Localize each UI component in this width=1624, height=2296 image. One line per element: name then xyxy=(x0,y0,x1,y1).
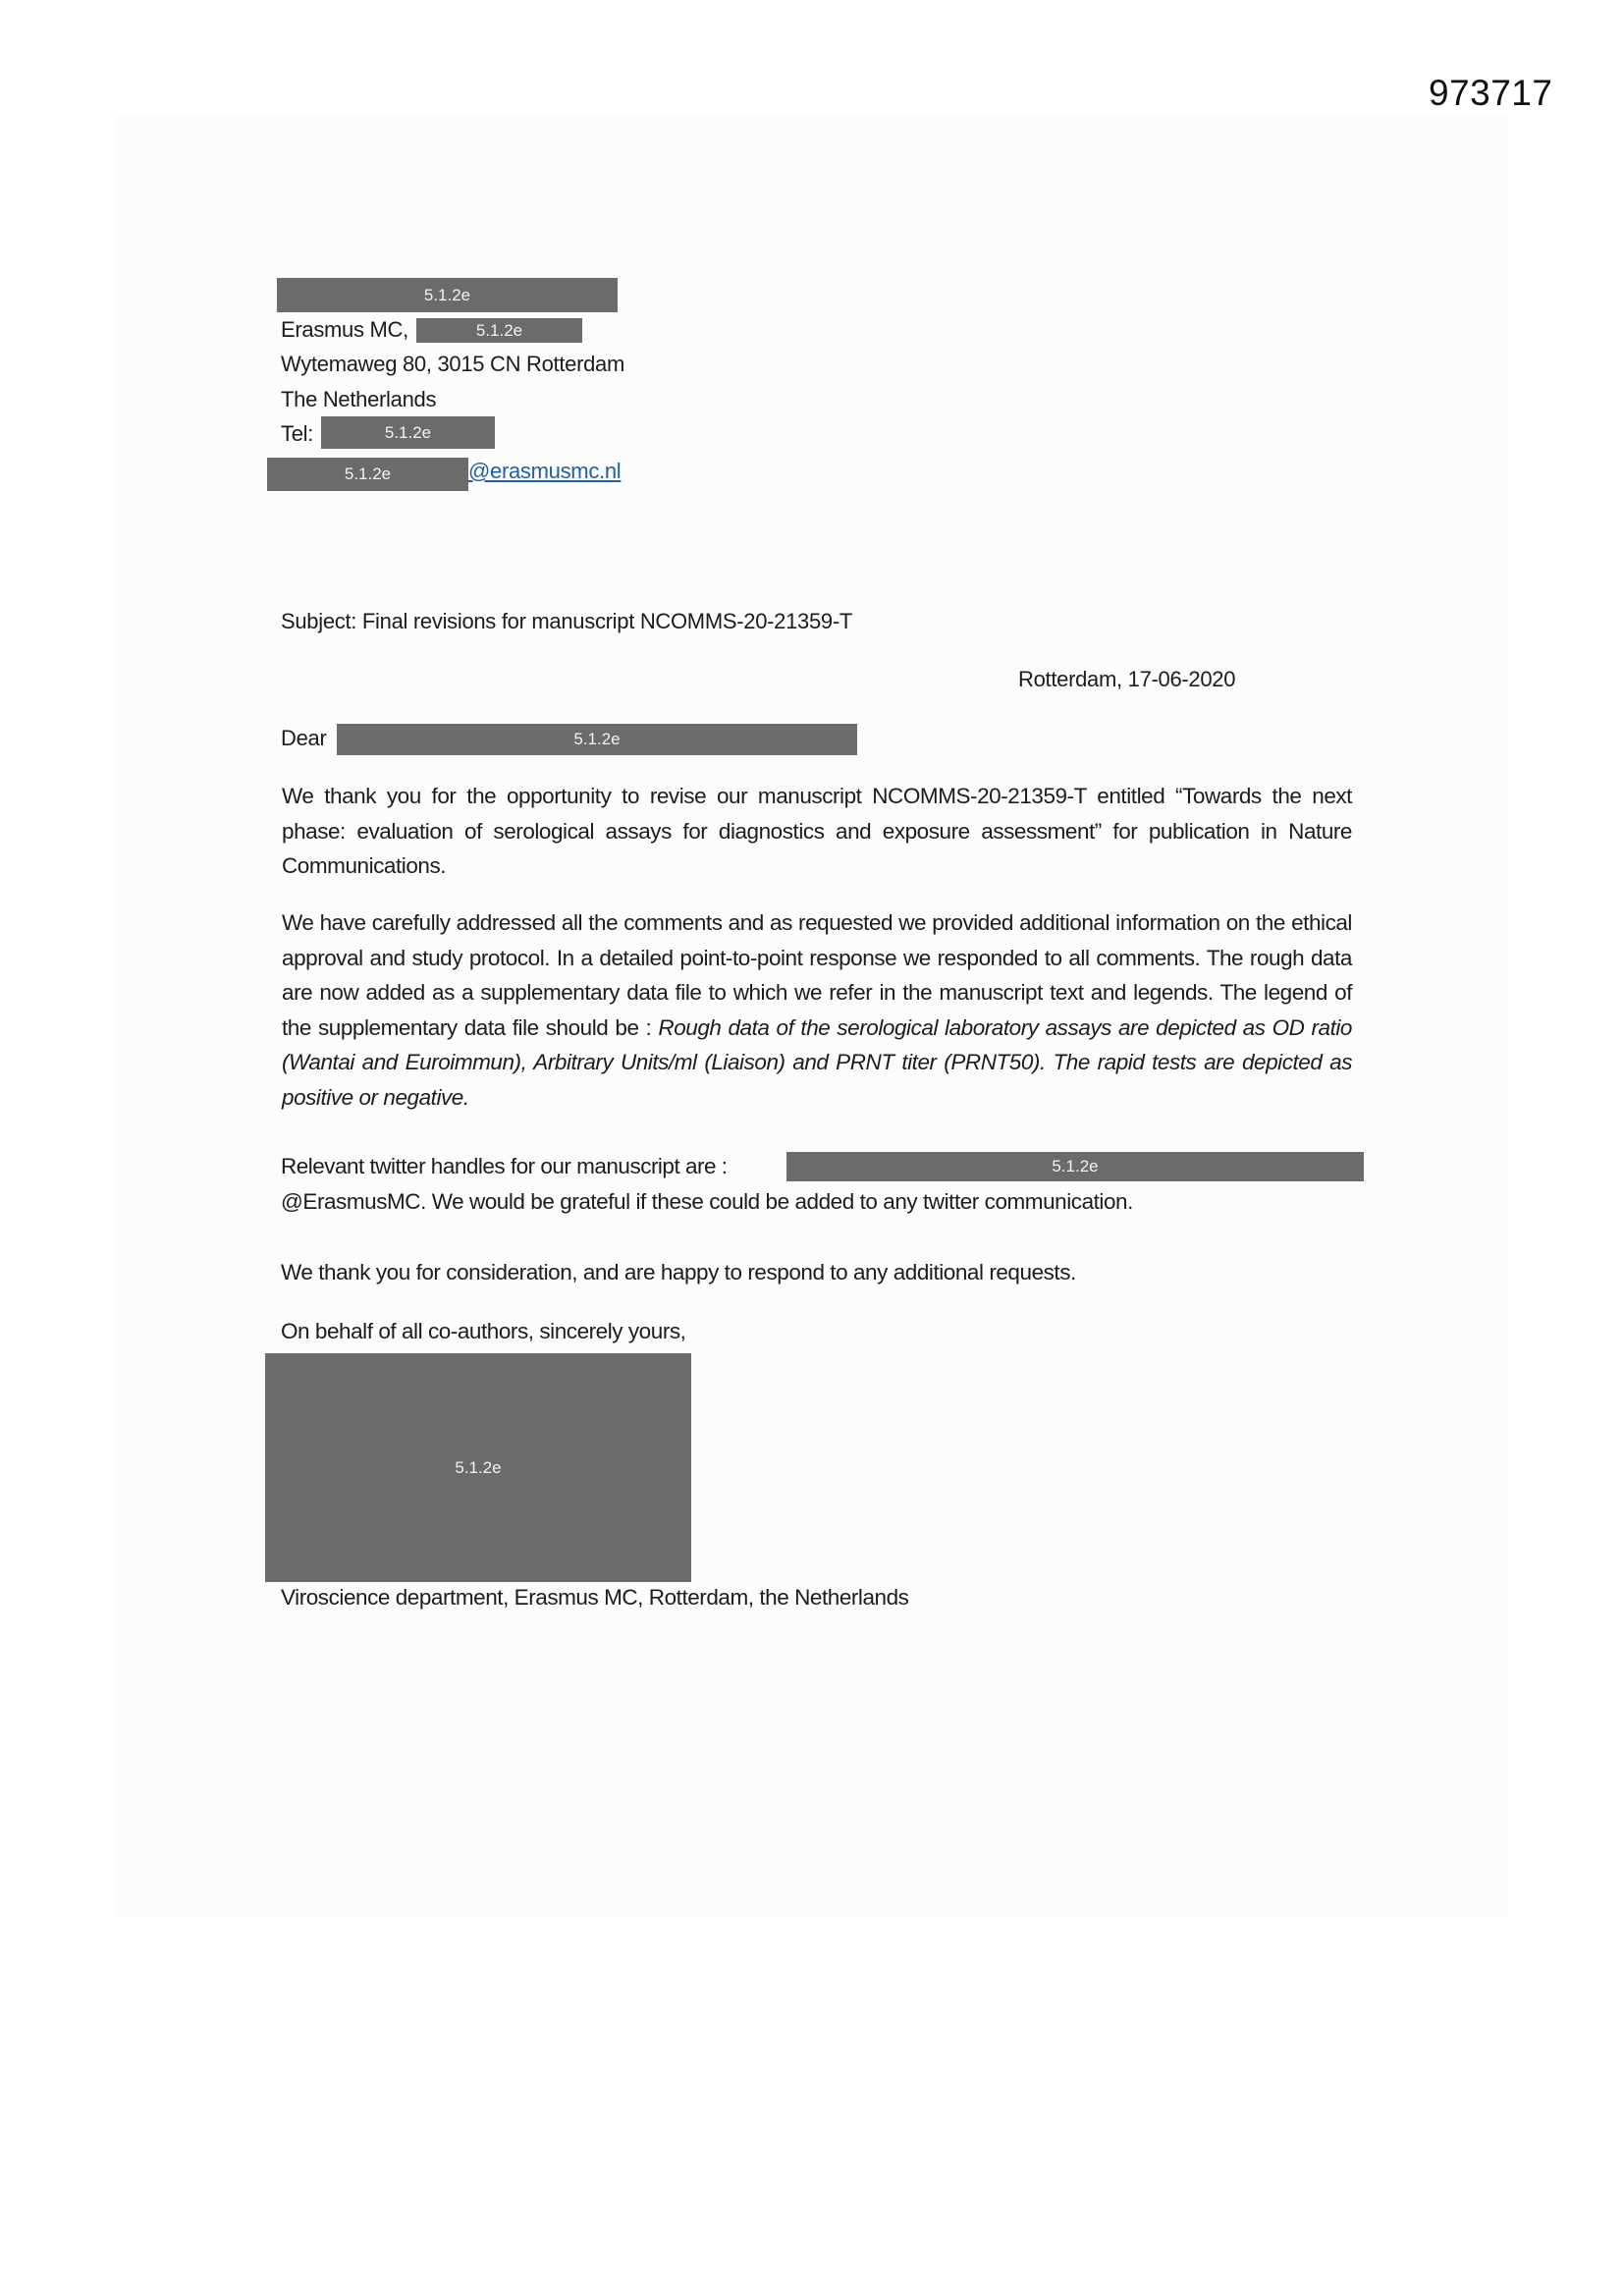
closing-line: On behalf of all co-authors, sincerely y… xyxy=(281,1319,685,1344)
redaction-code: 5.1.2e xyxy=(476,321,522,341)
redaction-code: 5.1.2e xyxy=(424,286,470,305)
document-number: 973717 xyxy=(1429,73,1552,114)
email-domain-link[interactable]: @erasmusmc.nl xyxy=(468,459,621,484)
paragraph-revisions: We have carefully addressed all the comm… xyxy=(282,905,1352,1115)
subject-line: Subject: Final revisions for manuscript … xyxy=(281,609,852,634)
redacted-telephone: 5.1.2e xyxy=(321,416,495,449)
redacted-sender-department: 5.1.2e xyxy=(416,318,582,343)
place-date: Rotterdam, 17-06-2020 xyxy=(1018,667,1235,692)
twitter-handles-continuation: @ErasmusMC. We would be grateful if thes… xyxy=(281,1189,1133,1215)
twitter-handles-lead: Relevant twitter handles for our manuscr… xyxy=(281,1154,727,1179)
redaction-code: 5.1.2e xyxy=(455,1458,501,1478)
email-link[interactable]: @erasmusmc.nl xyxy=(468,459,621,483)
redacted-sender-name: 5.1.2e xyxy=(277,278,618,312)
paragraph-intro: We thank you for the opportunity to revi… xyxy=(282,779,1352,884)
redaction-code: 5.1.2e xyxy=(573,730,620,749)
redacted-email-user: 5.1.2e xyxy=(267,458,468,491)
salutation: Dear xyxy=(281,726,327,751)
redacted-recipient: 5.1.2e xyxy=(337,724,857,755)
redaction-code: 5.1.2e xyxy=(1052,1157,1098,1176)
sender-address: Wytemaweg 80, 3015 CN Rotterdam xyxy=(281,352,624,377)
redacted-twitter-handles: 5.1.2e xyxy=(786,1152,1364,1181)
redacted-signature: 5.1.2e xyxy=(265,1353,691,1582)
redaction-code: 5.1.2e xyxy=(385,423,431,443)
sender-country: The Netherlands xyxy=(281,387,436,412)
tel-label: Tel: xyxy=(281,421,313,447)
sender-institution: Erasmus MC, xyxy=(281,317,408,343)
affiliation-line: Viroscience department, Erasmus MC, Rott… xyxy=(281,1585,908,1611)
paragraph-thanks: We thank you for consideration, and are … xyxy=(281,1260,1076,1285)
redaction-code: 5.1.2e xyxy=(345,465,391,484)
